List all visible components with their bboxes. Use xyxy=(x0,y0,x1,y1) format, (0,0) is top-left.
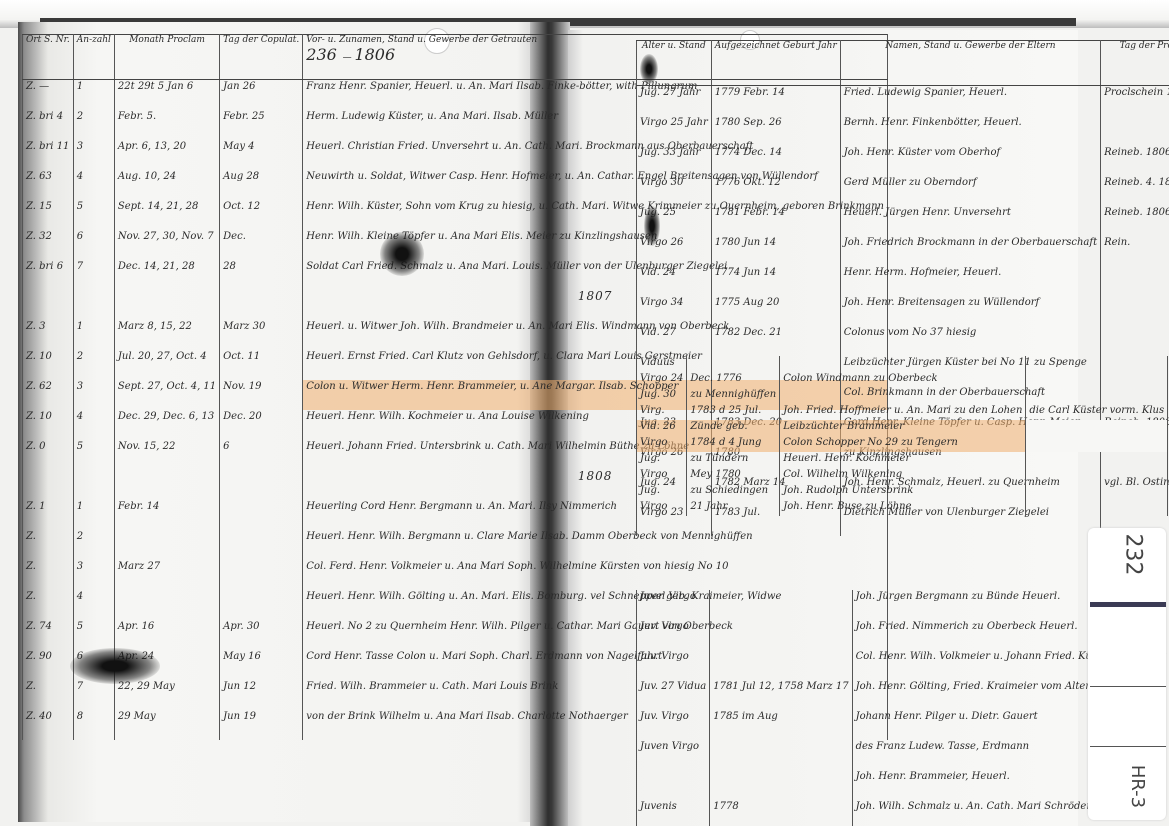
col-header-count: An-zahl xyxy=(73,35,114,80)
cell-age: Virg. xyxy=(637,404,687,420)
cell-proc xyxy=(1026,500,1168,516)
cell-proclam: Sept. 27, Oct. 4, 11 xyxy=(114,380,219,410)
cell-proclam: Dec. 14, 21, 28 xyxy=(114,260,219,290)
cell-copulat: May 16 xyxy=(220,650,303,680)
cell-birth: 1776 Okt. 12 xyxy=(711,176,840,206)
cell-copulat: Apr. 30 xyxy=(220,620,303,650)
cell-birth xyxy=(710,740,852,770)
cell-age xyxy=(637,770,710,800)
cell-birth: zu Schiedingen xyxy=(687,484,780,500)
cell-proclam: Jul. 20, 27, Oct. 4 xyxy=(114,350,219,380)
cell-birth: 1784 d 4 Jung xyxy=(687,436,780,452)
cell-parents: Gerd Müller zu Oberndorf xyxy=(840,176,1100,206)
cell-birth: 1785 im Aug xyxy=(710,710,852,740)
cell-proc: Reineb. 1806 xyxy=(1101,146,1169,176)
cell-copulat xyxy=(220,560,303,590)
cell-proc xyxy=(1026,388,1168,404)
cell-ort: Z. 63 xyxy=(23,170,74,200)
cell-ort: Z. bri 6 xyxy=(23,260,74,290)
cell-parents: Fried. Ludewig Spanier, Heuerl. xyxy=(840,86,1100,117)
cell-count: 1 xyxy=(73,320,114,350)
cell-copulat: Jun 12 xyxy=(220,680,303,710)
archive-code: HR-3 xyxy=(1127,765,1148,808)
table-row: Vid. 241774 Jun 14Henr. Herm. Hofmeier, … xyxy=(637,266,1169,296)
cell-ort: Z. 74 xyxy=(23,620,74,650)
cell-age: Virgo 34 xyxy=(637,296,712,326)
cell-copulat: Febr. 25 xyxy=(220,110,303,140)
cell-proclam: Aug. 10, 24 xyxy=(114,170,219,200)
cell-proc xyxy=(1026,436,1168,452)
cell-ort: Z. bri 11 xyxy=(23,140,74,170)
cell-proclam: 22t 29t 5 Jan 6 xyxy=(114,80,219,111)
cell-age: Vid. 24 xyxy=(637,266,712,296)
cell-count: 1 xyxy=(73,500,114,530)
table-row-highlighted: Vid. 26Zünde geb.Leibzüchter Brammeier xyxy=(637,420,1168,436)
cell-count: 5 xyxy=(73,620,114,650)
cell-proc: Rein. xyxy=(1101,236,1169,266)
cell-ort: Z. bri 4 xyxy=(23,110,74,140)
table-row: Jug. 251781 Febr. 14Heuerl. Jürgen Henr.… xyxy=(637,206,1169,236)
cell-parents: Joh. Friedrich Brockmann in der Oberbaue… xyxy=(840,236,1100,266)
cell-ort: Z. — xyxy=(23,80,74,111)
cell-proc xyxy=(1101,296,1169,326)
cell-birth: 1781 Jul 12, 1758 Marz 17 xyxy=(710,680,852,710)
cell-count: 4 xyxy=(73,170,114,200)
cell-proclam: 22, 29 May xyxy=(114,680,219,710)
cell-copulat: Jan 26 xyxy=(220,80,303,111)
names-header-label: Vor- u. Zunamen, Stand u. Gewerbe der Ge… xyxy=(306,35,537,45)
cell-ort: Z. xyxy=(23,680,74,710)
table-row: Z. 3 Marz 27 Col. Ferd. Henr. Volkmeier … xyxy=(23,560,888,590)
table-row: Virgo 341775 Aug 20Joh. Henr. Breitensag… xyxy=(637,296,1169,326)
cell-proc xyxy=(1101,326,1169,356)
cell-proc xyxy=(1101,116,1169,146)
cell-birth: 1775 Aug 20 xyxy=(711,296,840,326)
cell-parents xyxy=(780,388,1026,404)
cell-ort: Z. xyxy=(23,590,74,620)
cell-proc xyxy=(1101,266,1169,296)
cell-copulat: Dec. 20 xyxy=(220,410,303,440)
archive-number: 232 xyxy=(1121,534,1146,576)
cell-birth: zu Mennighüffen xyxy=(687,388,780,404)
cell-copulat: Oct. 11 xyxy=(220,350,303,380)
year-1806: 1806 xyxy=(354,45,395,64)
cell-parents: Bernh. Henr. Finkenbötter, Heuerl. xyxy=(840,116,1100,146)
cell-ort: Z. 15 xyxy=(23,200,74,230)
cell-ort: Z. 0 xyxy=(23,440,74,470)
cell-count: 5 xyxy=(73,200,114,230)
cell-proclam: Febr. 5. xyxy=(114,110,219,140)
table-row: Jug. 33 Jahr1774 Dec. 14Joh. Henr. Küste… xyxy=(637,146,1169,176)
cell-proclam: Marz 27 xyxy=(114,560,219,590)
cell-proc xyxy=(1026,372,1168,388)
archive-label-divider xyxy=(1090,686,1166,687)
cell-ort: Z. 10 xyxy=(23,410,74,440)
cell-copulat: May 4 xyxy=(220,140,303,170)
cell-birth: zu Tündern xyxy=(687,452,780,468)
cell-age: Viduus xyxy=(637,356,687,372)
cell-proclam: Dec. 29, Dec. 6, 13 xyxy=(114,410,219,440)
cell-count: 6 xyxy=(73,230,114,260)
col-header-proc-schein: Tag der Proc Schein xyxy=(1101,41,1169,86)
cell-birth: 1780 Jun 14 xyxy=(711,236,840,266)
cell-copulat: Jun 19 xyxy=(220,710,303,740)
cell-copulat xyxy=(220,590,303,620)
cell-ort: Z. 3 xyxy=(23,320,74,350)
cell-age: Juv. 27 Vidua xyxy=(637,680,710,710)
cell-ort: Z. 10 xyxy=(23,350,74,380)
cell-ort: Z. 1 xyxy=(23,500,74,530)
cell-age: Vid. 26 xyxy=(637,420,687,436)
cell-parents: Joh. Rudolph Untersbrink xyxy=(780,484,1026,500)
cell-age: Virgo 25 Jahr xyxy=(637,116,712,146)
table-row: VirgoMey 1780Col. Wilhelm Wilkening xyxy=(637,468,1168,484)
header-row: Alter u. Stand Aufgezeichnet Geburt Jahr… xyxy=(637,41,1169,86)
cell-age: Juvenis xyxy=(637,800,710,826)
col-header-proclam: Monath Proclam xyxy=(114,35,219,80)
table-row: Virgo 24Dec. 1776Colon Windmann zu Oberb… xyxy=(637,372,1168,388)
cell-copulat: Oct. 12 xyxy=(220,200,303,230)
cell-age: Juv. Virgo xyxy=(637,650,710,680)
cell-parents: Henr. Herm. Hofmeier, Heuerl. xyxy=(840,266,1100,296)
cell-birth xyxy=(687,356,780,372)
cell-proc xyxy=(1026,484,1168,500)
cell-entry: Col. Ferd. Henr. Volkmeier u. Ana Mari S… xyxy=(303,560,888,590)
cell-age: Jug. xyxy=(637,484,687,500)
ink-blot xyxy=(70,648,160,684)
cell-birth: 1782 Dec. 21 xyxy=(711,326,840,356)
cell-parents: Leibzüchter Brammeier xyxy=(780,420,1026,436)
table-row: Virgo 25 Jahr1780 Sep. 26Bernh. Henr. Fi… xyxy=(637,116,1169,146)
cell-proc: Reineb. 1806 xyxy=(1101,206,1169,236)
cell-birth: Dec. 1776 xyxy=(687,372,780,388)
cell-age: Virgo xyxy=(637,468,687,484)
cell-proc xyxy=(1026,420,1168,436)
cell-copulat: Aug 28 xyxy=(220,170,303,200)
table-row: Virgo21 JahrJoh. Henr. Buse zu Löhne xyxy=(637,500,1168,516)
cell-proc: Proclschein 19 Jan 1805 xyxy=(1101,86,1169,117)
cell-age: Juvel Virgo xyxy=(637,590,710,620)
cell-proclam xyxy=(114,590,219,620)
cell-proclam: 29 May xyxy=(114,710,219,740)
cell-count: 3 xyxy=(73,560,114,590)
cell-parents: Joh. Henr. Buse zu Löhne xyxy=(780,500,1026,516)
cell-birth xyxy=(710,620,852,650)
cell-count: 1 xyxy=(73,80,114,111)
cell-birth: 1780 Sep. 26 xyxy=(711,116,840,146)
page-number: 236 xyxy=(306,45,337,64)
cell-age: Jug. xyxy=(637,452,687,468)
cell-parents: Colonus vom No 37 hiesig xyxy=(840,326,1100,356)
cell-birth: Zünde geb. xyxy=(687,420,780,436)
cell-count: 2 xyxy=(73,350,114,380)
cell-proc: die Carl Küster vorm. Klus xyxy=(1026,404,1168,420)
cell-count: 3 xyxy=(73,380,114,410)
cell-count: 2 xyxy=(73,530,114,560)
col-header-ort: Ort S. Nr. xyxy=(23,35,74,80)
cell-copulat: 6 xyxy=(220,440,303,470)
cell-age: Virgo 30 xyxy=(637,176,712,206)
cell-proclam: Febr. 14 xyxy=(114,500,219,530)
table-row: Virgo 261780 Jun 14Joh. Friedrich Brockm… xyxy=(637,236,1169,266)
cell-proc xyxy=(1026,452,1168,468)
cell-count: 4 xyxy=(73,590,114,620)
cell-proc: Reineb. 4. 1806 xyxy=(1101,176,1169,206)
table-row: Jug.zu TündernHeuerl. Henr. Kochmeier xyxy=(637,452,1168,468)
cell-age: Jug. 30 xyxy=(637,388,687,404)
cell-proclam: Apr. 16 xyxy=(114,620,219,650)
cell-proclam xyxy=(114,530,219,560)
cell-count: 4 xyxy=(73,410,114,440)
cell-copulat: Nov. 19 xyxy=(220,380,303,410)
cell-count: 7 xyxy=(73,680,114,710)
cell-parents xyxy=(780,356,1026,372)
cell-count: 5 xyxy=(73,440,114,470)
cell-birth: 1783 d 25 Jul. xyxy=(687,404,780,420)
cell-birth: 1781 Febr. 14 xyxy=(711,206,840,236)
col-header-birth: Aufgezeichnet Geburt Jahr xyxy=(711,41,840,86)
col-header-copulat: Tag der Copulat. xyxy=(220,35,303,80)
cell-ort: Z. xyxy=(23,530,74,560)
cell-copulat: 28 xyxy=(220,260,303,290)
cell-ort: Z. 62 xyxy=(23,380,74,410)
cell-copulat: Marz 30 xyxy=(220,320,303,350)
archive-label-divider xyxy=(1090,746,1166,747)
cell-ort: Z. 40 xyxy=(23,710,74,740)
cell-proclam: Apr. 6, 13, 20 xyxy=(114,140,219,170)
cell-count: 7 xyxy=(73,260,114,290)
cell-ort: Z. xyxy=(23,560,74,590)
table-row: Viduus xyxy=(637,356,1168,372)
cell-birth: 1774 Jun 14 xyxy=(711,266,840,296)
cell-proclam: Sept. 14, 21, 28 xyxy=(114,200,219,230)
cell-age: Juv. Virgo xyxy=(637,620,710,650)
cell-parents: Joh. Fried. Hoffmeier u. An. Mari zu den… xyxy=(780,404,1026,420)
ink-blot xyxy=(380,232,424,276)
table-row: Jug. 27 Jahr1779 Febr. 14Fried. Ludewig … xyxy=(637,86,1169,117)
cell-proclam: Nov. 27, 30, Nov. 7 xyxy=(114,230,219,260)
cell-parents: Joh. Henr. Küster vom Oberhof xyxy=(840,146,1100,176)
cell-birth xyxy=(710,770,852,800)
cell-copulat: Dec. xyxy=(220,230,303,260)
cell-proc xyxy=(1026,356,1168,372)
table-row: Virg.1783 d 25 Jul.Joh. Fried. Hoffmeier… xyxy=(637,404,1168,420)
cell-birth xyxy=(710,590,852,620)
table-row: Vid. 271782 Dec. 21Colonus vom No 37 hie… xyxy=(637,326,1169,356)
cell-age: Virgo 24 xyxy=(637,372,687,388)
cell-age: Virgo xyxy=(637,436,687,452)
ink-blot xyxy=(640,54,658,84)
cell-birth: 1778 xyxy=(710,800,852,826)
cell-birth: 1779 Febr. 14 xyxy=(711,86,840,117)
cell-age: Juven Virgo xyxy=(637,740,710,770)
cell-parents: Heuerl. Henr. Kochmeier xyxy=(780,452,1026,468)
cell-birth: 21 Jahr xyxy=(687,500,780,516)
archive-label-bar xyxy=(1090,602,1166,607)
cell-proc xyxy=(1026,468,1168,484)
cell-count: 3 xyxy=(73,140,114,170)
cell-age: Jug. 27 Jahr xyxy=(637,86,712,117)
cell-proclam: Marz 8, 15, 22 xyxy=(114,320,219,350)
ink-blot xyxy=(644,206,660,246)
cell-parents: Col. Wilhelm Wilkening xyxy=(780,468,1026,484)
cell-parents: Joh. Henr. Breitensagen zu Wüllendorf xyxy=(840,296,1100,326)
cell-proclam: Nov. 15, 22 xyxy=(114,440,219,470)
cell-age: Virgo xyxy=(637,500,687,516)
cell-ort: Z. 32 xyxy=(23,230,74,260)
cell-birth xyxy=(710,650,852,680)
cell-parents: Colon Schopper No 29 zu Tengern xyxy=(780,436,1026,452)
table-row: Jug. 30zu Mennighüffen xyxy=(637,388,1168,404)
cell-parents: Colon Windmann zu Oberbeck xyxy=(780,372,1026,388)
cell-copulat xyxy=(220,500,303,530)
col-header-parents: Namen, Stand u. Gewerbe der Eltern xyxy=(840,41,1100,86)
marriage-register-right-1807: Viduus Virgo 24Dec. 1776Colon Windmann z… xyxy=(636,356,1168,516)
cell-count: 8 xyxy=(73,710,114,740)
cell-age: Juv. Virgo xyxy=(637,710,710,740)
table-row: Virgo 301776 Okt. 12Gerd Müller zu Obern… xyxy=(637,176,1169,206)
table-row: Jug.zu SchiedingenJoh. Rudolph Untersbri… xyxy=(637,484,1168,500)
cell-age: Vid. 27 xyxy=(637,326,712,356)
cell-age: Jug. 33 Jahr xyxy=(637,146,712,176)
cell-ort: Z. 90 xyxy=(23,650,74,680)
cell-count: 2 xyxy=(73,110,114,140)
table-row-highlighted: Virgo1784 d 4 JungColon Schopper No 29 z… xyxy=(637,436,1168,452)
cell-parents: Heuerl. Jürgen Henr. Unversehrt xyxy=(840,206,1100,236)
cell-birth: 1774 Dec. 14 xyxy=(711,146,840,176)
cell-birth: Mey 1780 xyxy=(687,468,780,484)
cell-copulat xyxy=(220,530,303,560)
